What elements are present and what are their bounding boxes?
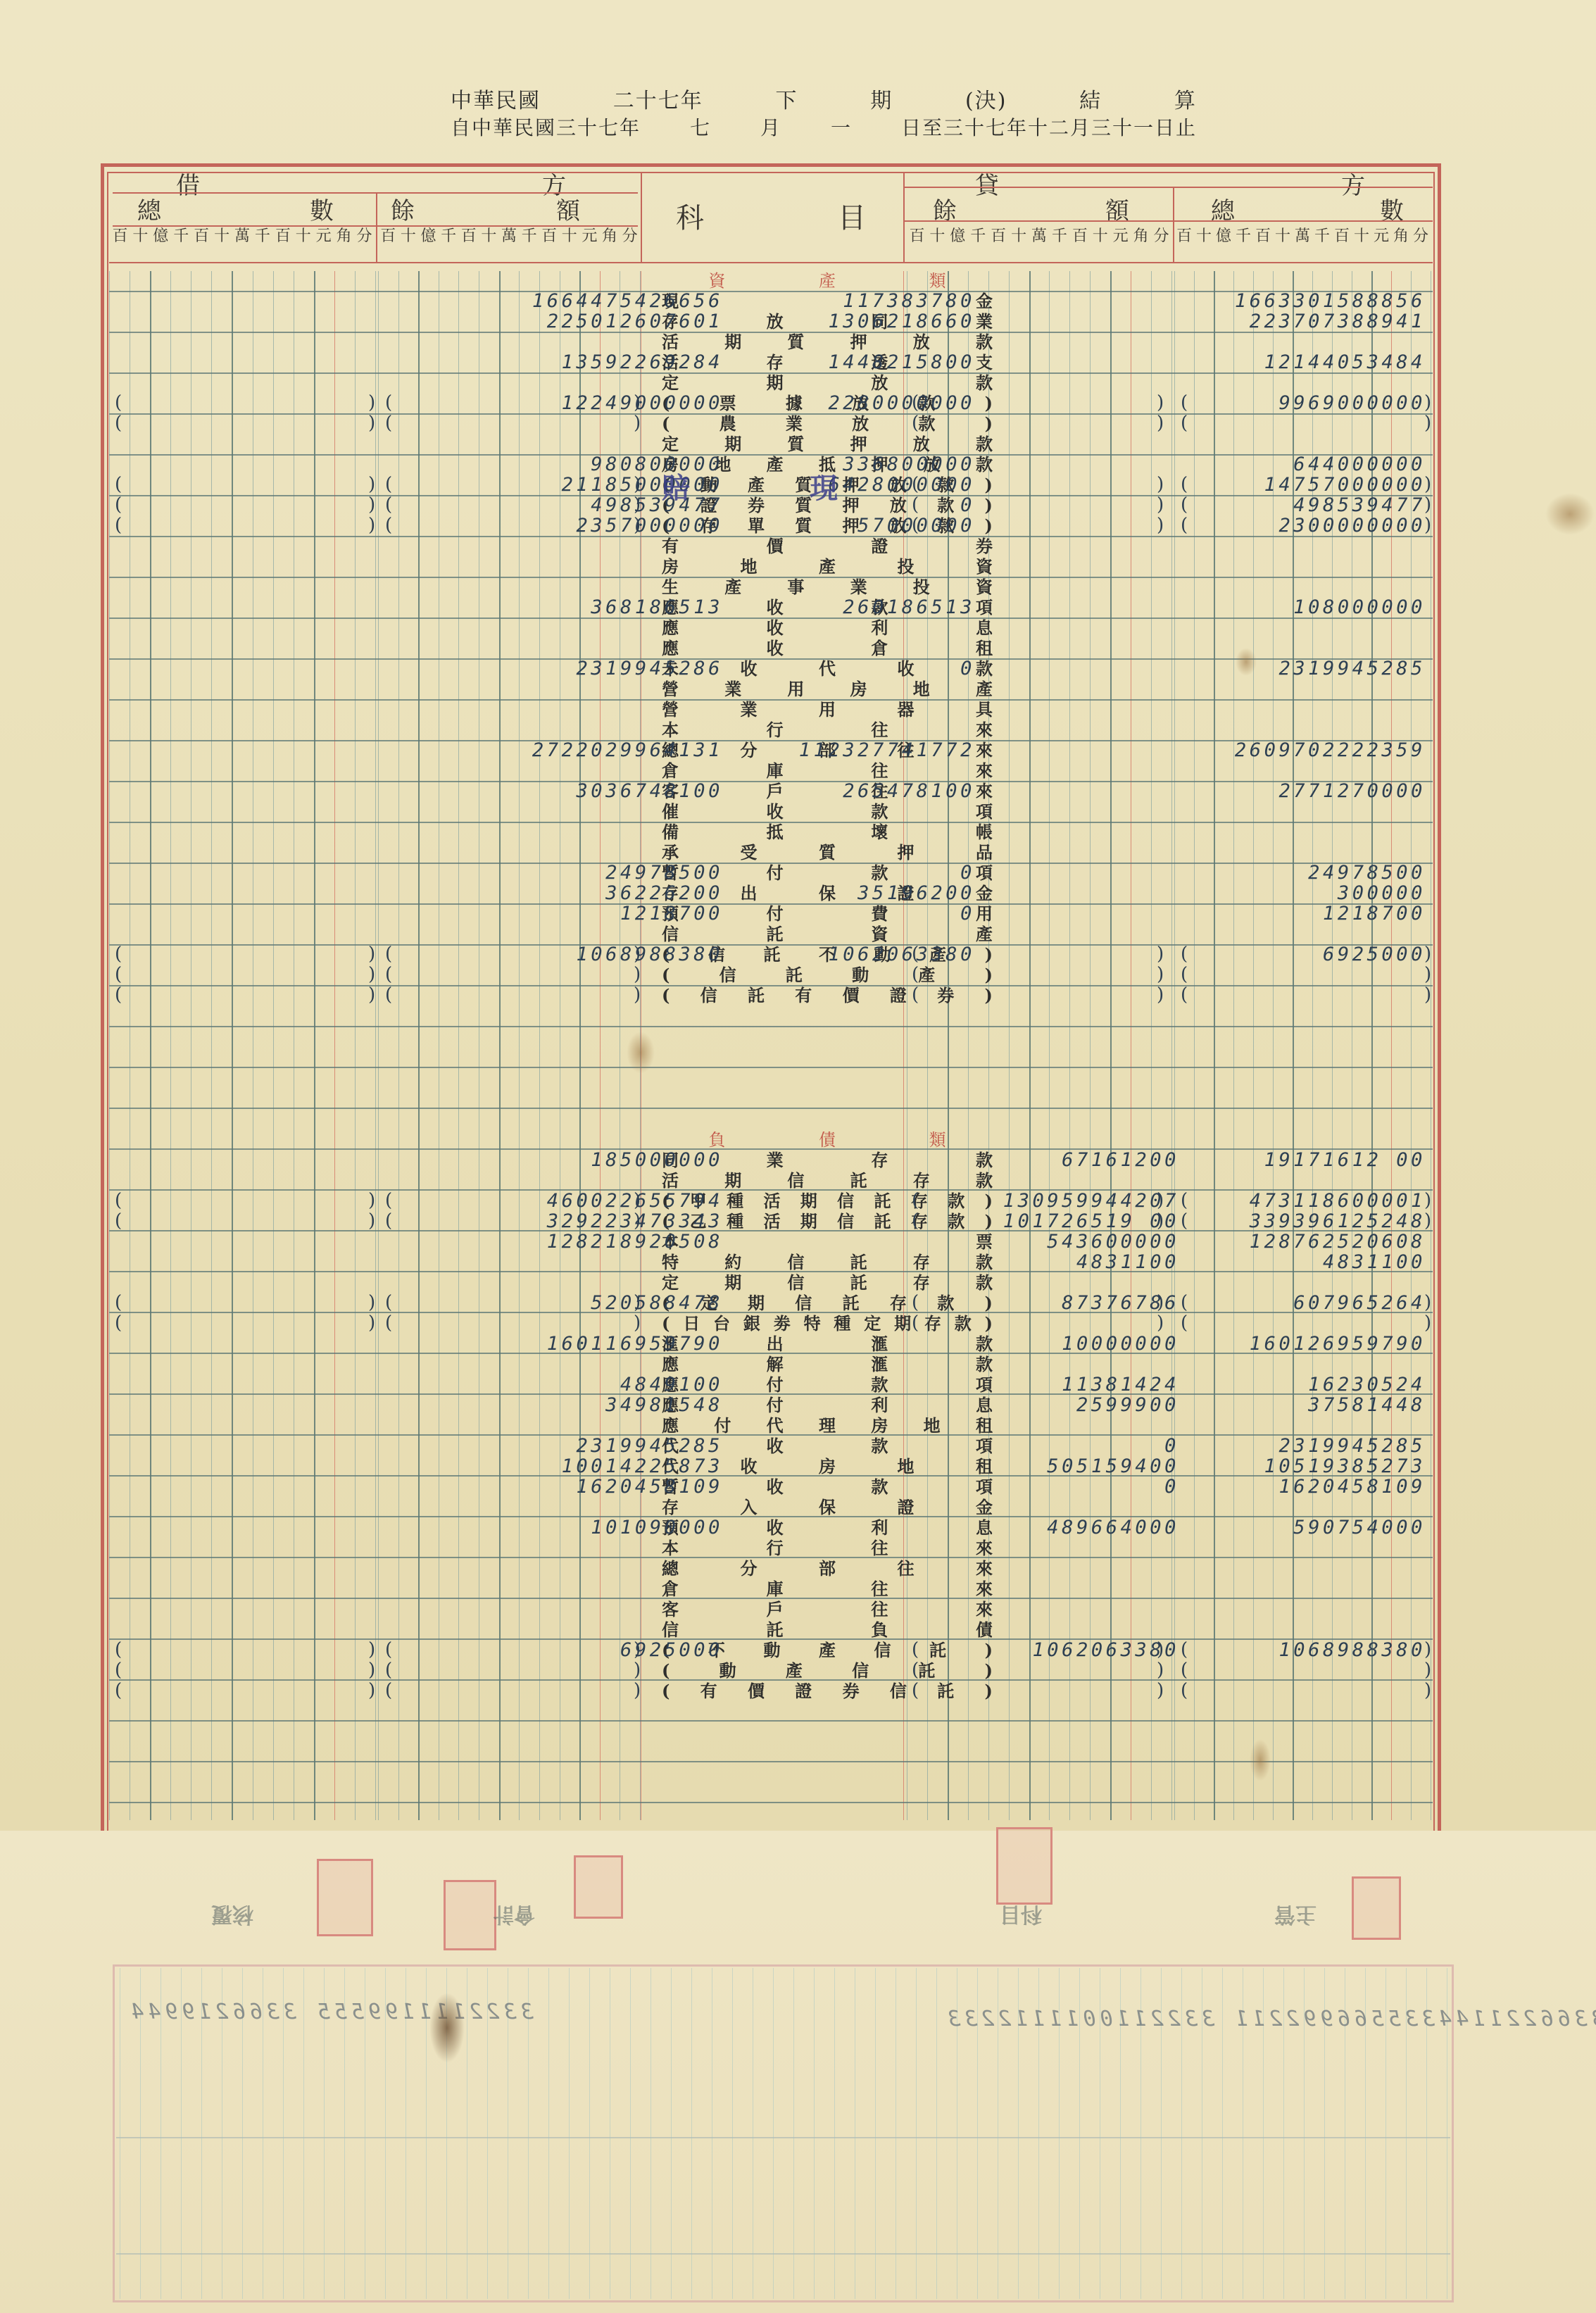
- amount-bracket: ): [1157, 985, 1164, 1005]
- ledger-row: (票據放款)1224900000022800000009969000000()(…: [109, 393, 1433, 413]
- debit-balance-digits: 百十億千百十萬千百十元角分: [378, 224, 640, 246]
- ledger-row: 預付費用121870001218700: [109, 903, 1433, 924]
- credit-balance-amount: [947, 985, 1179, 1005]
- debit-total-amount: 368186513: [455, 597, 723, 618]
- debit-total-amount: [455, 1599, 723, 1619]
- debit-balance-amount: 336800000: [743, 454, 975, 475]
- ledger-row: (甲種活期信託存款)460022655794130959944207473118…: [109, 1191, 1433, 1211]
- account-char: 產: [724, 577, 741, 597]
- grid-row-line: [109, 1026, 1433, 1027]
- digit-unit-label: 十: [927, 224, 948, 246]
- debit-balance-amount: [743, 965, 975, 985]
- credit-balance-amount: [947, 475, 1179, 495]
- credit-balance-amount: [947, 863, 1179, 883]
- period-month: 七: [690, 113, 711, 141]
- credit-total-amount: [1158, 1313, 1426, 1334]
- credit-balance-amount: [947, 801, 1179, 822]
- digit-unit-label: 萬: [1293, 224, 1312, 246]
- credit-total-amount: [1158, 638, 1426, 658]
- credit-total-amount: 6925000: [1158, 944, 1426, 965]
- debit-total-amount: [455, 434, 723, 454]
- credit-balance-amount: [947, 638, 1179, 658]
- ledger-row: 定期信託存款: [109, 1272, 1433, 1293]
- debit-total-amount: 1218700: [455, 903, 723, 924]
- ledger-row: 應付款項48491001138142416230524: [109, 1374, 1433, 1395]
- debit-total-amount: [455, 372, 723, 393]
- credit-balance-amount: [947, 1170, 1179, 1191]
- amount-bracket: ): [634, 1640, 641, 1660]
- debit-balance-amount: [743, 556, 975, 577]
- ledger-row: 活存透支13592269284144821580012144053484: [109, 352, 1433, 372]
- credit-balance-amount: [947, 944, 1179, 965]
- credit-total-amount: 1068988380: [1158, 1640, 1426, 1660]
- ledger-row: 有價證券: [109, 536, 1433, 556]
- debit-balance-amount: [743, 1456, 975, 1477]
- digit-unit-label: 元: [313, 224, 334, 246]
- debit-total-amount: 2357000000: [455, 515, 723, 536]
- debit-total-amount: 2319945286: [455, 658, 723, 679]
- amount-bracket: ): [368, 475, 375, 495]
- amount-bracket: (: [1181, 1293, 1188, 1313]
- credit-total-amount: [1158, 965, 1426, 985]
- folded-grid-line: [773, 1968, 774, 2299]
- digit-unit-label: 百: [1332, 224, 1352, 246]
- amount-bracket: ): [1424, 515, 1431, 536]
- credit-balance-amount: [947, 577, 1179, 597]
- debit-total-amount: [455, 1415, 723, 1436]
- ledger-row: 活期信託存款: [109, 1170, 1433, 1191]
- debit-total-amount: [455, 332, 723, 352]
- credit-balance-amount: 2599900: [947, 1395, 1179, 1415]
- debit-total-amount: 185000000: [455, 1150, 723, 1170]
- debit-total-amount: [455, 1579, 723, 1599]
- title-era: 中華民國: [451, 83, 541, 114]
- credit-total-amount: 2300000000: [1158, 515, 1426, 536]
- debit-total-amount: 225012607601: [455, 311, 723, 332]
- mirrored-label: 科目: [1000, 1901, 1042, 1932]
- digit-unit-label: 億: [1214, 224, 1233, 246]
- ledger-row: (信託不動產)106898838010620633806925000()()()…: [109, 944, 1433, 965]
- amount-bracket: ): [368, 1293, 375, 1313]
- header-divider: [903, 172, 905, 263]
- digit-unit-label: 千: [171, 224, 191, 246]
- debit-balance-amount: [743, 760, 975, 781]
- folded-grid-line: [916, 1968, 917, 2299]
- amount-bracket: (: [115, 1313, 122, 1334]
- ledger-row: 催收款項: [109, 801, 1433, 822]
- digit-unit-label: 十: [1352, 224, 1371, 246]
- stain: [429, 1993, 465, 2063]
- digit-unit-label: 億: [151, 224, 171, 246]
- debit-total-amount: 1620458109: [455, 1477, 723, 1497]
- credit-total-amount: 644000000: [1158, 454, 1426, 475]
- credit-balance-amount: [947, 536, 1179, 556]
- amount-bracket: (: [1181, 985, 1188, 1005]
- amount-bracket: (: [1181, 495, 1188, 515]
- credit-balance-amount: [947, 760, 1179, 781]
- debit-balance-amount: 117383780: [743, 291, 975, 311]
- debit-balance-amount: [743, 842, 975, 863]
- debit-total-digits: 百十億千百十萬千百十元角分: [110, 224, 375, 246]
- credit-total-amount: 1663301588856: [1158, 291, 1426, 311]
- credit-balance-amount: [947, 372, 1179, 393]
- digit-unit-label: 百: [458, 224, 479, 246]
- ledger-row: 承受質押品: [109, 842, 1433, 863]
- credit-balance-amount: [947, 332, 1179, 352]
- folded-grid-line: [630, 1968, 631, 2299]
- credit-total-amount: [1158, 1660, 1426, 1681]
- seal-stamp: [317, 1859, 373, 1936]
- debit-balance-amount: [743, 1436, 975, 1456]
- section-char: 類: [929, 271, 946, 292]
- amount-bracket: (: [1181, 515, 1188, 536]
- amount-bracket: (: [912, 1660, 919, 1681]
- amount-bracket: ): [634, 944, 641, 965]
- amount-bracket: ): [1424, 965, 1431, 985]
- ledger-row: 滙出滙款16011695979010000000160126959790: [109, 1334, 1433, 1354]
- ledger-row: 倉庫往來: [109, 760, 1433, 781]
- amount-bracket: (: [912, 393, 919, 413]
- digit-unit-label: 千: [439, 224, 459, 246]
- amount-bracket: ): [368, 944, 375, 965]
- credit-balance-amount: [947, 720, 1179, 740]
- digit-unit-label: 百: [988, 224, 1009, 246]
- digit-unit-label: 元: [579, 224, 600, 246]
- header-divider: [376, 192, 377, 263]
- amount-bracket: (: [385, 1640, 392, 1660]
- ledger-row: 定期放款: [109, 372, 1433, 393]
- debit-total-amount: [455, 1313, 723, 1334]
- amount-bracket: (: [912, 515, 919, 536]
- amount-bracket: (: [115, 515, 122, 536]
- credit-balance-amount: 130959944207: [947, 1191, 1179, 1211]
- digit-unit-label: 分: [620, 224, 640, 246]
- credit-balance-amount: [947, 1272, 1179, 1293]
- grid-row-line: [109, 1802, 1433, 1803]
- amount-bracket: (: [912, 1681, 919, 1701]
- ledger-row: (存單質押放款)2357000000570000002300000000()()…: [109, 515, 1433, 536]
- credit-balance-amount: [947, 1313, 1179, 1334]
- digit-unit-label: 十: [1194, 224, 1214, 246]
- credit-total-amount: [1158, 556, 1426, 577]
- debit-total-amount: [455, 985, 723, 1005]
- debit-balance-amount: [743, 434, 975, 454]
- debit-balance-amount: 1062063380: [743, 944, 975, 965]
- amount-bracket: ): [1424, 495, 1431, 515]
- debit-total-amount: [455, 1170, 723, 1191]
- digit-unit-label: 十: [398, 224, 419, 246]
- amount-bracket: (: [115, 495, 122, 515]
- debit-balance-amount: [743, 1374, 975, 1395]
- stain: [1236, 648, 1257, 676]
- debit-total-amount: [455, 1252, 723, 1272]
- digit-unit-label: 元: [1371, 224, 1391, 246]
- credit-balance-amount: [947, 1354, 1179, 1374]
- amount-bracket: (: [912, 965, 919, 985]
- debit-balance-amount: [743, 1211, 975, 1231]
- credit-total-amount: 339396125248: [1158, 1211, 1426, 1231]
- amount-bracket: ): [634, 413, 641, 434]
- debit-balance-amount: 0: [743, 658, 975, 679]
- digit-unit-label: 億: [418, 224, 439, 246]
- debit-total-amount: [455, 618, 723, 638]
- credit-total-amount: 2771270000: [1158, 781, 1426, 801]
- debit-total-amount: [455, 679, 723, 699]
- amount-bracket: ): [634, 1313, 641, 1334]
- amount-bracket: ): [368, 1211, 375, 1231]
- amount-bracket: (: [115, 985, 122, 1005]
- digit-unit-label: 百: [191, 224, 212, 246]
- title-settle-2: 算: [1174, 83, 1197, 114]
- period-to: 日至三十七年十二月三十一日止: [901, 113, 1197, 141]
- period-month-label: 月: [760, 113, 781, 141]
- account-char: 期: [724, 332, 741, 352]
- credit-balance-amount: [947, 597, 1179, 618]
- digit-unit-label: 百: [378, 224, 398, 246]
- credit-balance-amount: 0: [947, 1436, 1179, 1456]
- credit-balance-amount: [947, 740, 1179, 760]
- credit-total-amount: [1158, 822, 1426, 842]
- credit-label-right: 方: [1341, 166, 1365, 201]
- debit-balance-amount: [743, 372, 975, 393]
- amount-bracket: ): [368, 965, 375, 985]
- credit-balance-amount: [947, 1558, 1179, 1579]
- credit-balance-amount: [947, 965, 1179, 985]
- grid-row-line: [109, 1067, 1433, 1068]
- debit-balance-amount: [743, 985, 975, 1005]
- debit-balance-amount: [743, 536, 975, 556]
- amount-bracket: ): [634, 1211, 641, 1231]
- debit-balance-amount: [743, 1334, 975, 1354]
- debit-total-amount: [455, 536, 723, 556]
- debit-balance-amount: [743, 924, 975, 944]
- debit-balance-amount: [743, 801, 975, 822]
- credit-total-amount: [1158, 372, 1426, 393]
- credit-balance-amount: [947, 658, 1179, 679]
- digit-unit-label: 十: [130, 224, 151, 246]
- debit-total-amount: [455, 1619, 723, 1640]
- period-day: 一: [831, 113, 852, 141]
- credit-balance-amount: [947, 781, 1179, 801]
- amount-bracket: ): [1157, 1293, 1164, 1313]
- digit-unit-label: 角: [600, 224, 620, 246]
- amount-bracket: (: [912, 495, 919, 515]
- credit-balance-amount: [947, 1538, 1179, 1558]
- credit-total-amount: 2609702222359: [1158, 740, 1426, 760]
- debit-total-amount: [455, 801, 723, 822]
- ledger-row: 本行往來: [109, 720, 1433, 740]
- credit-balance-amount: [947, 352, 1179, 372]
- credit-total-amount: [1158, 1599, 1426, 1619]
- credit-balance-amount: [947, 434, 1179, 454]
- amount-bracket: (: [115, 1681, 122, 1701]
- credit-total-amount: 2319945285: [1158, 658, 1426, 679]
- ledger-row: 備抵壞帳: [109, 822, 1433, 842]
- debit-total-amount: [455, 1272, 723, 1293]
- digit-unit-label: 角: [1131, 224, 1151, 246]
- credit-total-amount: [1158, 1558, 1426, 1579]
- section-char: 負: [708, 1130, 725, 1151]
- debit-balance-amount: [743, 1252, 975, 1272]
- debit-balance-amount: [743, 679, 975, 699]
- header-rule: [109, 262, 1433, 263]
- credit-total-amount: 37581448: [1158, 1395, 1426, 1415]
- ledger-row: 倉庫往來: [109, 1579, 1433, 1599]
- debit-total-amount: 6925000: [455, 1640, 723, 1660]
- amount-bracket: (: [1181, 965, 1188, 985]
- credit-total-amount: 2319945285: [1158, 1436, 1426, 1456]
- amount-bracket: (: [385, 965, 392, 985]
- debit-total-amount: [455, 1538, 723, 1558]
- amount-bracket: ): [1424, 413, 1431, 434]
- digit-unit-label: 百: [110, 224, 130, 246]
- debit-total-amount: [455, 1681, 723, 1701]
- digit-unit-label: 十: [1090, 224, 1110, 246]
- amount-bracket: (: [385, 1313, 392, 1334]
- debit-total-amount: [455, 638, 723, 658]
- section-assets: 資 產 類: [662, 271, 993, 292]
- amount-bracket: ): [368, 413, 375, 434]
- credit-total-amount: 19171612 00: [1158, 1150, 1426, 1170]
- debit-balance-amount: [743, 1497, 975, 1517]
- amount-bracket: (: [385, 393, 392, 413]
- credit-balance-amount: 101726519 00: [947, 1211, 1179, 1231]
- amount-bracket: ): [1424, 1640, 1431, 1660]
- account-char: 約: [724, 1252, 741, 1272]
- amount-bracket: (: [385, 944, 392, 965]
- amount-bracket: (: [912, 413, 919, 434]
- debit-total-amount: 34981548: [455, 1395, 723, 1415]
- credit-balance-amount: [947, 1497, 1179, 1517]
- amount-bracket: (: [115, 475, 122, 495]
- debit-balance-amount: 2280000000: [743, 393, 975, 413]
- credit-total-amount: 223707388941: [1158, 311, 1426, 332]
- credit-balance-amount: 11381424: [947, 1374, 1179, 1395]
- folded-grid-line: [855, 1968, 855, 2299]
- debit-total-amount: 24978500: [455, 863, 723, 883]
- debit-balance-amount: [743, 1415, 975, 1436]
- ledger-row: 生產事業投資: [109, 577, 1433, 597]
- debit-total-amount: [455, 924, 723, 944]
- amount-bracket: ): [634, 393, 641, 413]
- title-half: 下: [776, 83, 798, 114]
- debit-total-amount: [455, 965, 723, 985]
- debit-total-amount: 128218920508: [455, 1231, 723, 1252]
- seal-stamp: [1352, 1876, 1401, 1940]
- credit-total-amount: [1158, 985, 1426, 1005]
- amount-bracket: (: [115, 1640, 122, 1660]
- credit-balance-amount: [947, 1681, 1179, 1701]
- credit-total-amount: [1158, 924, 1426, 944]
- debit-total-amount: [455, 1354, 723, 1374]
- digit-unit-label: 角: [334, 224, 354, 246]
- debit-total-amount: [455, 577, 723, 597]
- folded-grid-line: [651, 1968, 651, 2299]
- credit-total-amount: [1158, 577, 1426, 597]
- credit-balance-amount: [947, 618, 1179, 638]
- debit-balance-amount: [743, 1313, 975, 1334]
- folded-grid-line: [834, 1968, 835, 2299]
- amount-bracket: ): [1424, 475, 1431, 495]
- folded-grid-line: [875, 1968, 876, 2299]
- credit-total-amount: 4831100: [1158, 1252, 1426, 1272]
- credit-total-amount: [1158, 1538, 1426, 1558]
- debit-total-amount: [455, 1497, 723, 1517]
- debit-balance-amount: [743, 638, 975, 658]
- debit-total-amount: 2319945285: [455, 1436, 723, 1456]
- section-char: 產: [819, 271, 836, 292]
- ledger-row: 應付利息34981548259990037581448: [109, 1395, 1433, 1415]
- amount-bracket: ): [368, 1191, 375, 1211]
- credit-total-amount: [1158, 1681, 1426, 1701]
- amount-bracket: (: [1181, 413, 1188, 434]
- amount-bracket: (: [912, 475, 919, 495]
- credit-balance-amount: [947, 413, 1179, 434]
- debit-balance-amount: [743, 1579, 975, 1599]
- debit-balance-amount: [743, 1395, 975, 1415]
- credit-total-amount: [1158, 679, 1426, 699]
- credit-total-amount: 473118600001: [1158, 1191, 1426, 1211]
- debit-balance-amount: [743, 1681, 975, 1701]
- title-year: 二十七年: [613, 83, 703, 114]
- folded-grid-line: [753, 1968, 753, 2299]
- ledger-row: (乙種活期信託存款)329223473343101726519 00339396…: [109, 1211, 1433, 1231]
- ledger-row: 房地產抵押放款980800000336800000644000000: [109, 454, 1433, 475]
- amount-bracket: (: [912, 944, 919, 965]
- debit-total-right: 數: [310, 192, 334, 226]
- credit-balance-amount: [947, 291, 1179, 311]
- debit-balance-amount: [743, 1538, 975, 1558]
- amount-bracket: (: [1181, 1211, 1188, 1231]
- debit-balance-amount: [743, 1272, 975, 1293]
- credit-total-amount: 16230524: [1158, 1374, 1426, 1395]
- digit-unit-label: 千: [1312, 224, 1332, 246]
- ledger-row: 總分部往來27220299641311123277417722609702222…: [109, 740, 1433, 760]
- debit-total-left: 總: [137, 192, 161, 226]
- amount-bracket: (: [385, 1191, 392, 1211]
- digit-unit-label: 百: [1174, 224, 1194, 246]
- credit-balance-amount: [947, 1599, 1179, 1619]
- debit-balance-amount: [743, 1640, 975, 1660]
- amount-bracket: (: [385, 413, 392, 434]
- debit-balance-amount: [743, 413, 975, 434]
- debit-balance-amount: [743, 699, 975, 720]
- ledger-row: (定期信託存款)52058847887376786607965264()()()…: [109, 1293, 1433, 1313]
- folded-grid-line: [793, 1968, 794, 2299]
- account-char: 業: [724, 679, 741, 699]
- debit-total-amount: 36226200: [455, 883, 723, 903]
- debit-total-amount: [455, 760, 723, 781]
- amount-bracket: ): [634, 1681, 641, 1701]
- amount-bracket: (: [1181, 944, 1188, 965]
- credit-total-amount: 10519385273: [1158, 1456, 1426, 1477]
- amount-bracket: ): [1424, 985, 1431, 1005]
- debit-total-amount: 160116959790: [455, 1334, 723, 1354]
- amount-bracket: (: [912, 1313, 919, 1334]
- credit-balance-amount: [947, 699, 1179, 720]
- mirrored-handwriting: 3322111199555 3366219944: [127, 2000, 533, 2024]
- folded-rule: [116, 2137, 1450, 2138]
- amount-bracket: ): [1157, 393, 1164, 413]
- credit-total-amount: [1158, 1415, 1426, 1436]
- credit-balance-amount: [947, 495, 1179, 515]
- amount-bracket: ): [368, 1660, 375, 1681]
- account-char: 種: [727, 1211, 743, 1231]
- folded-grid-line: [732, 1968, 733, 2299]
- amount-bracket: ): [1424, 393, 1431, 413]
- credit-total-amount: 14757000000: [1158, 475, 1426, 495]
- credit-balance-amount: [947, 842, 1179, 863]
